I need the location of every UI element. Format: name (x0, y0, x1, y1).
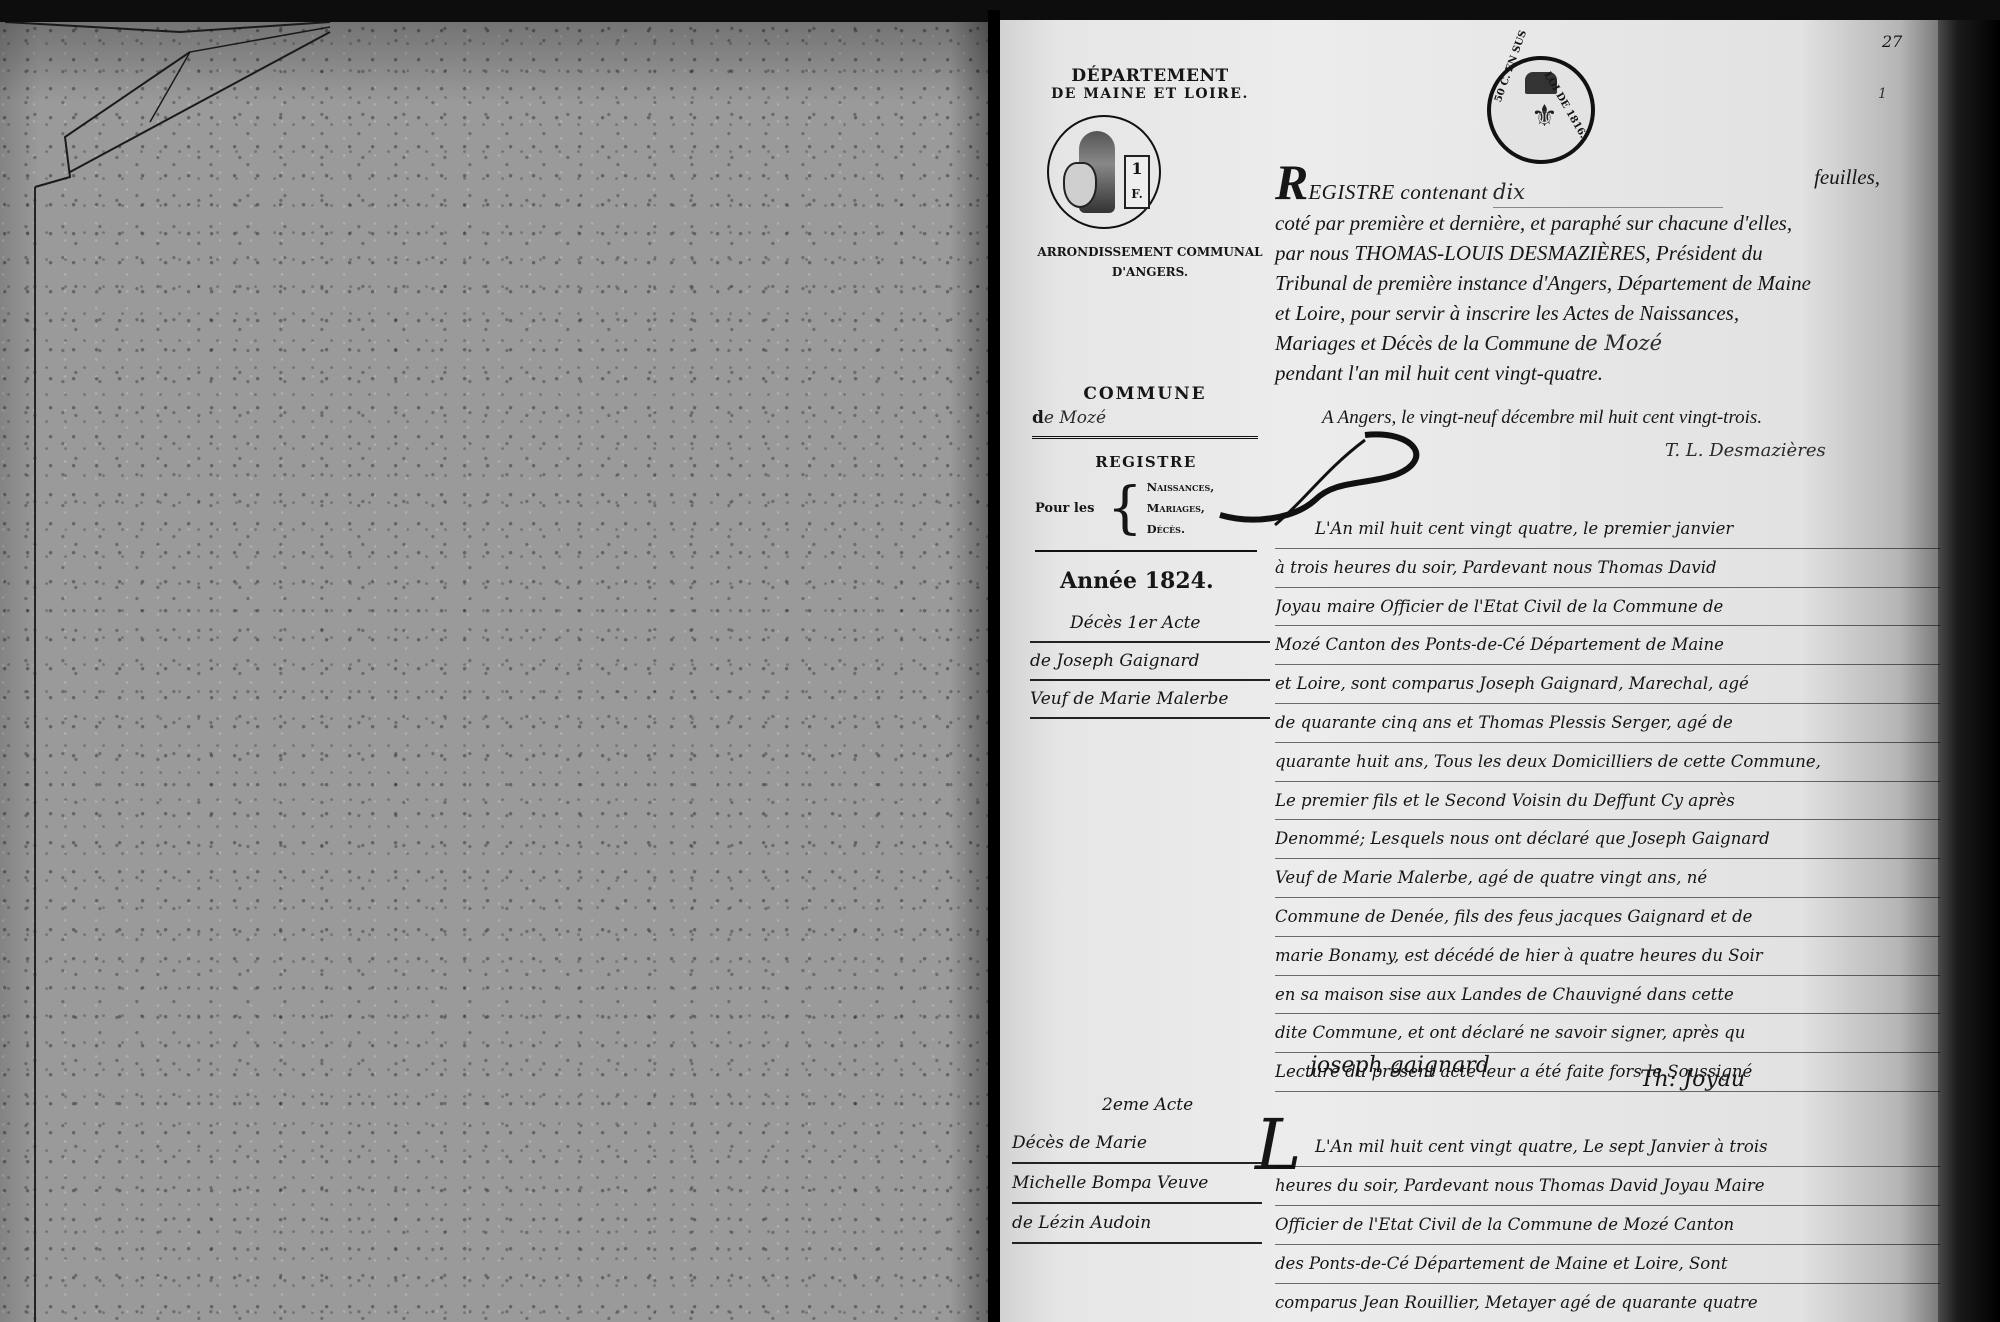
act-line: heures du soir, Pardevant nous Thomas Da… (1275, 1167, 1940, 1206)
title-line-1: REGISTRE contenant dix feuilles, (1275, 162, 1880, 208)
tax-stamp-icon: ⚜ 50 C. EN SUS LOI DE 1816. (1487, 56, 1595, 164)
act-line: quarante huit ans, Tous les deux Domicil… (1275, 743, 1940, 782)
act-1-signatures: joseph gaignard Th: Joyau (1310, 1053, 1910, 1078)
register-type-item: Décès. (1147, 519, 1215, 540)
title-line-5: et Loire, pour servir à inscrire les Act… (1275, 298, 1880, 328)
act-1-text: L'An mil huit cent vingt quatre, le prem… (1275, 510, 1940, 1092)
page-edge-shadow (1938, 20, 2000, 1322)
date-line: A Angers, le vingt-neuf décembre mil hui… (1322, 403, 1762, 433)
title-line-7: pendant l'an mil huit cent vingt-quatre. (1275, 358, 1880, 388)
title-initial: R (1275, 154, 1308, 210)
title-line-4: Tribunal de première instance d'Angers, … (1275, 268, 1880, 298)
sheet-count-handwritten: dix (1493, 180, 1525, 204)
register-year: Année 1824. (1060, 568, 1214, 594)
act-line: et Loire, sont comparus Joseph Gaignard,… (1275, 665, 1940, 704)
act-line: Veuf de Marie Malerbe, agé de quatre vin… (1275, 859, 1940, 898)
brace-icon: { (1107, 481, 1143, 537)
left-page-endpaper (0, 22, 990, 1322)
president-signature: T. L. Desmazières (1665, 440, 1826, 461)
arrondissement-label: ARRONDISSEMENT COMMUNAL D'ANGERS. (1020, 242, 1280, 282)
signature-mayor: Th: Joyau (1640, 1067, 1745, 1092)
department-line1: DÉPARTEMENT (1020, 66, 1280, 86)
act-line: Le premier fils et le Second Voisin du D… (1275, 782, 1940, 821)
left-page-margin-line (34, 187, 36, 1322)
fleur-de-lis-shield-icon (1063, 162, 1097, 208)
act-line: L'An mil huit cent vingt quatre, le prem… (1275, 510, 1940, 549)
act-line: Denommé; Lesquels nous ont déclaré que J… (1275, 820, 1940, 859)
register-type-item: Naissances, (1147, 477, 1215, 498)
title-line-6: Mariages et Décès de la Commune de Mozé (1275, 328, 1880, 358)
commune-title: COMMUNE (1032, 384, 1258, 404)
margin-note-act-1: Décès 1er Acte de Joseph Gaignard Veuf d… (1030, 605, 1270, 719)
act-line: de quarante cinq ans et Thomas Plessis S… (1275, 704, 1940, 743)
act-2-text: L'An mil huit cent vingt quatre, Le sept… (1275, 1128, 1940, 1322)
torn-corner-fold (0, 22, 360, 212)
act-line: Commune de Denée, fils des feus jacques … (1275, 898, 1940, 937)
commune-handwritten: e Mozé (1585, 331, 1662, 355)
margin-note-act-2: 2eme Acte Décès de Marie Michelle Bompa … (1012, 1086, 1262, 1244)
rule (1035, 550, 1257, 552)
title-line-2: coté par première et dernière, et paraph… (1275, 208, 1880, 238)
department-line2: DE MAINE ET LOIRE. (1020, 86, 1280, 102)
act-line: Officier de l'Etat Civil de la Commune d… (1275, 1206, 1940, 1245)
act-line: Mozé Canton des Ponts-de-Cé Département … (1275, 626, 1940, 665)
register-type-item: Mariages, (1147, 498, 1215, 519)
act-line: en sa maison sise aux Landes de Chauvign… (1275, 976, 1940, 1015)
seal-value: 1 F. (1124, 155, 1150, 209)
signature-witness: joseph gaignard (1310, 1053, 1490, 1078)
page-number: 27 (1882, 32, 1902, 51)
act-line: comparus Jean Rouillier, Metayer agé de … (1275, 1284, 1940, 1322)
act-line: Joyau maire Officier de l'Etat Civil de … (1275, 588, 1940, 627)
commune-name: de Mozé (1032, 408, 1258, 428)
act-line: L'An mil huit cent vingt quatre, Le sept… (1275, 1128, 1940, 1167)
act-line: des Ponts-de-Cé Département de Maine et … (1275, 1245, 1940, 1284)
department-header: DÉPARTEMENT DE MAINE ET LOIRE. (1020, 66, 1280, 102)
pencil-mark: 1 (1878, 86, 1887, 102)
register-title-block: REGISTRE contenant dix feuilles, coté pa… (1275, 162, 1880, 388)
act-line: à trois heures du soir, Pardevant nous T… (1275, 549, 1940, 588)
act-line: dite Commune, et ont déclaré ne savoir s… (1275, 1014, 1940, 1053)
title-line-3: par nous THOMAS-LOUIS DESMAZIÈRES, Prési… (1275, 238, 1880, 268)
fleur-de-lis-icon: ⚜ (1531, 102, 1558, 132)
pour-les-label: Pour les (1035, 501, 1107, 516)
act-line: marie Bonamy, est décédé de hier à quatr… (1275, 937, 1940, 976)
minerva-seal-icon: 1 F. (1047, 115, 1161, 229)
book-spine-gutter (988, 10, 1000, 1322)
